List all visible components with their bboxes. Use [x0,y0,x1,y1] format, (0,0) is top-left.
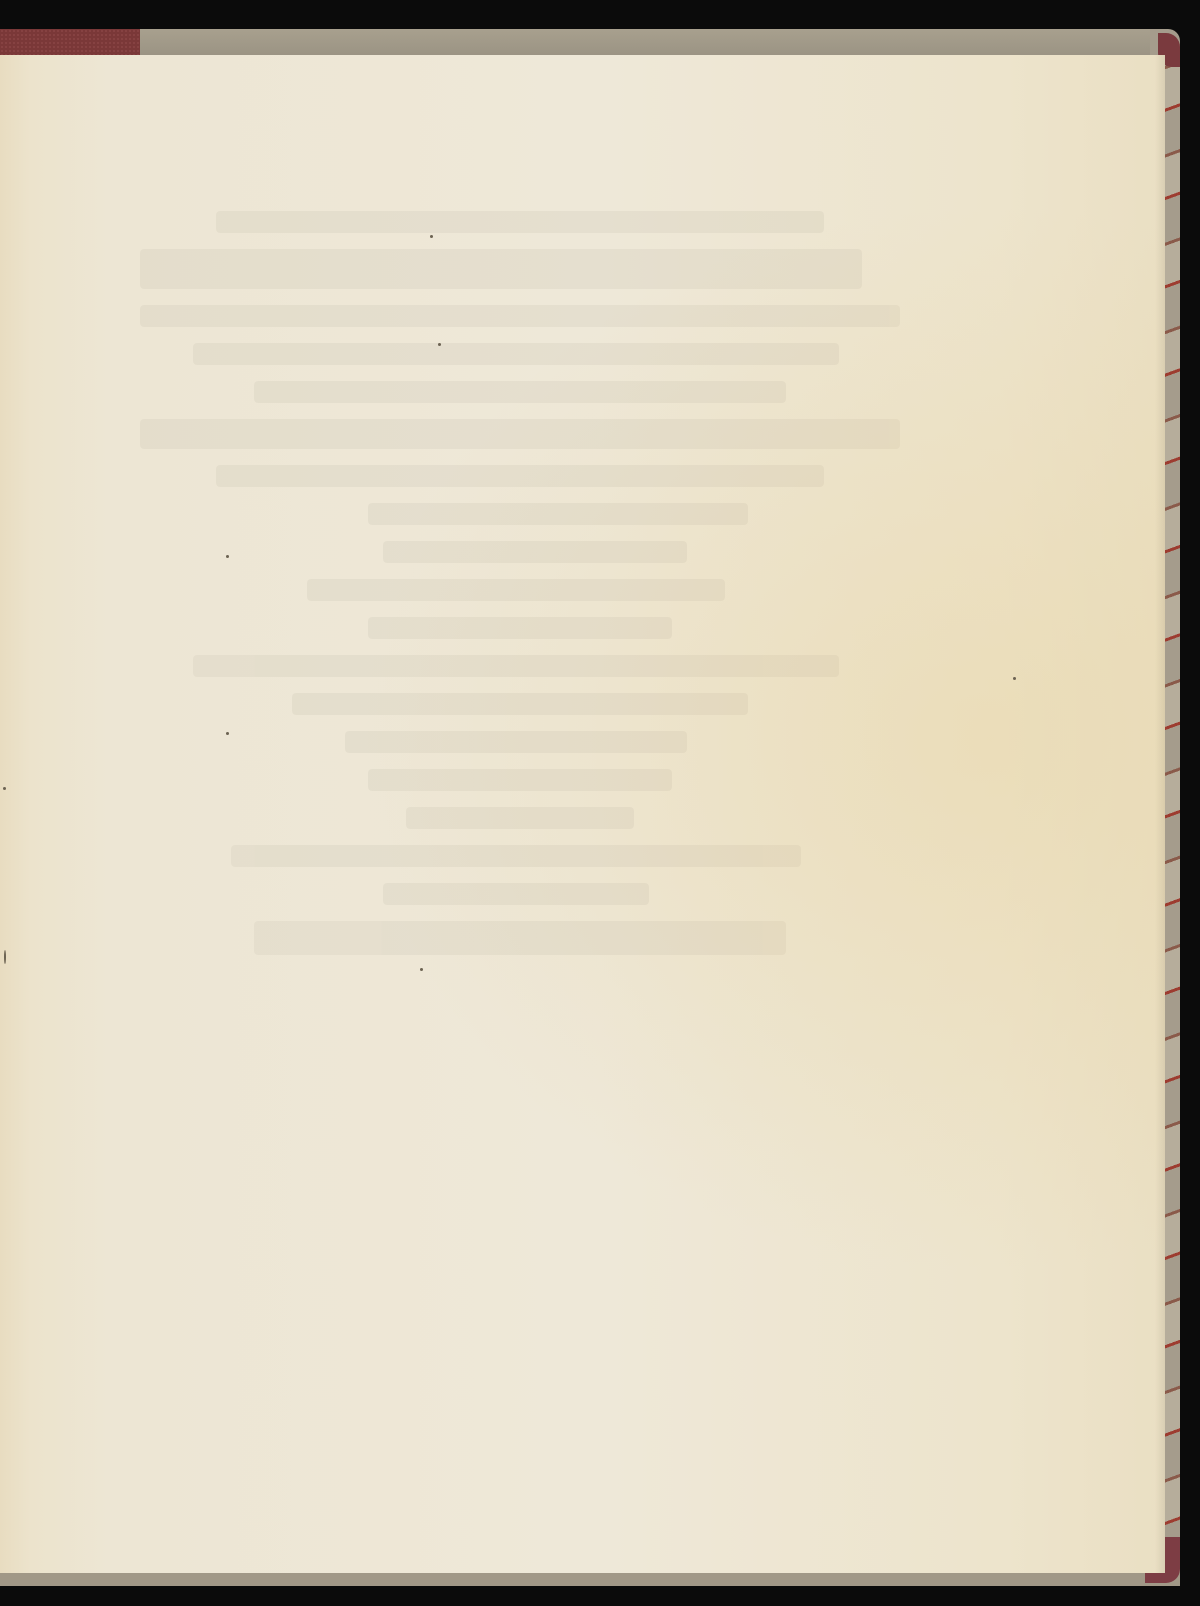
page-fore-edge [1155,55,1165,1573]
blank-book-page [0,55,1165,1573]
scan-background [0,0,1200,1606]
paper-speck [1013,677,1016,680]
binding-cloth-spine [0,29,140,57]
paper-speck [430,235,433,238]
paper-speck [3,787,6,790]
paper-speck [438,343,441,346]
paper-speck [226,555,229,558]
paper-speck [420,968,423,971]
paper-speck [4,950,6,964]
bleed-through-text [140,195,900,1425]
paper-speck [226,732,229,735]
book-board-bottom-edge [0,1572,1180,1586]
book-board-top-edge [0,29,1163,57]
